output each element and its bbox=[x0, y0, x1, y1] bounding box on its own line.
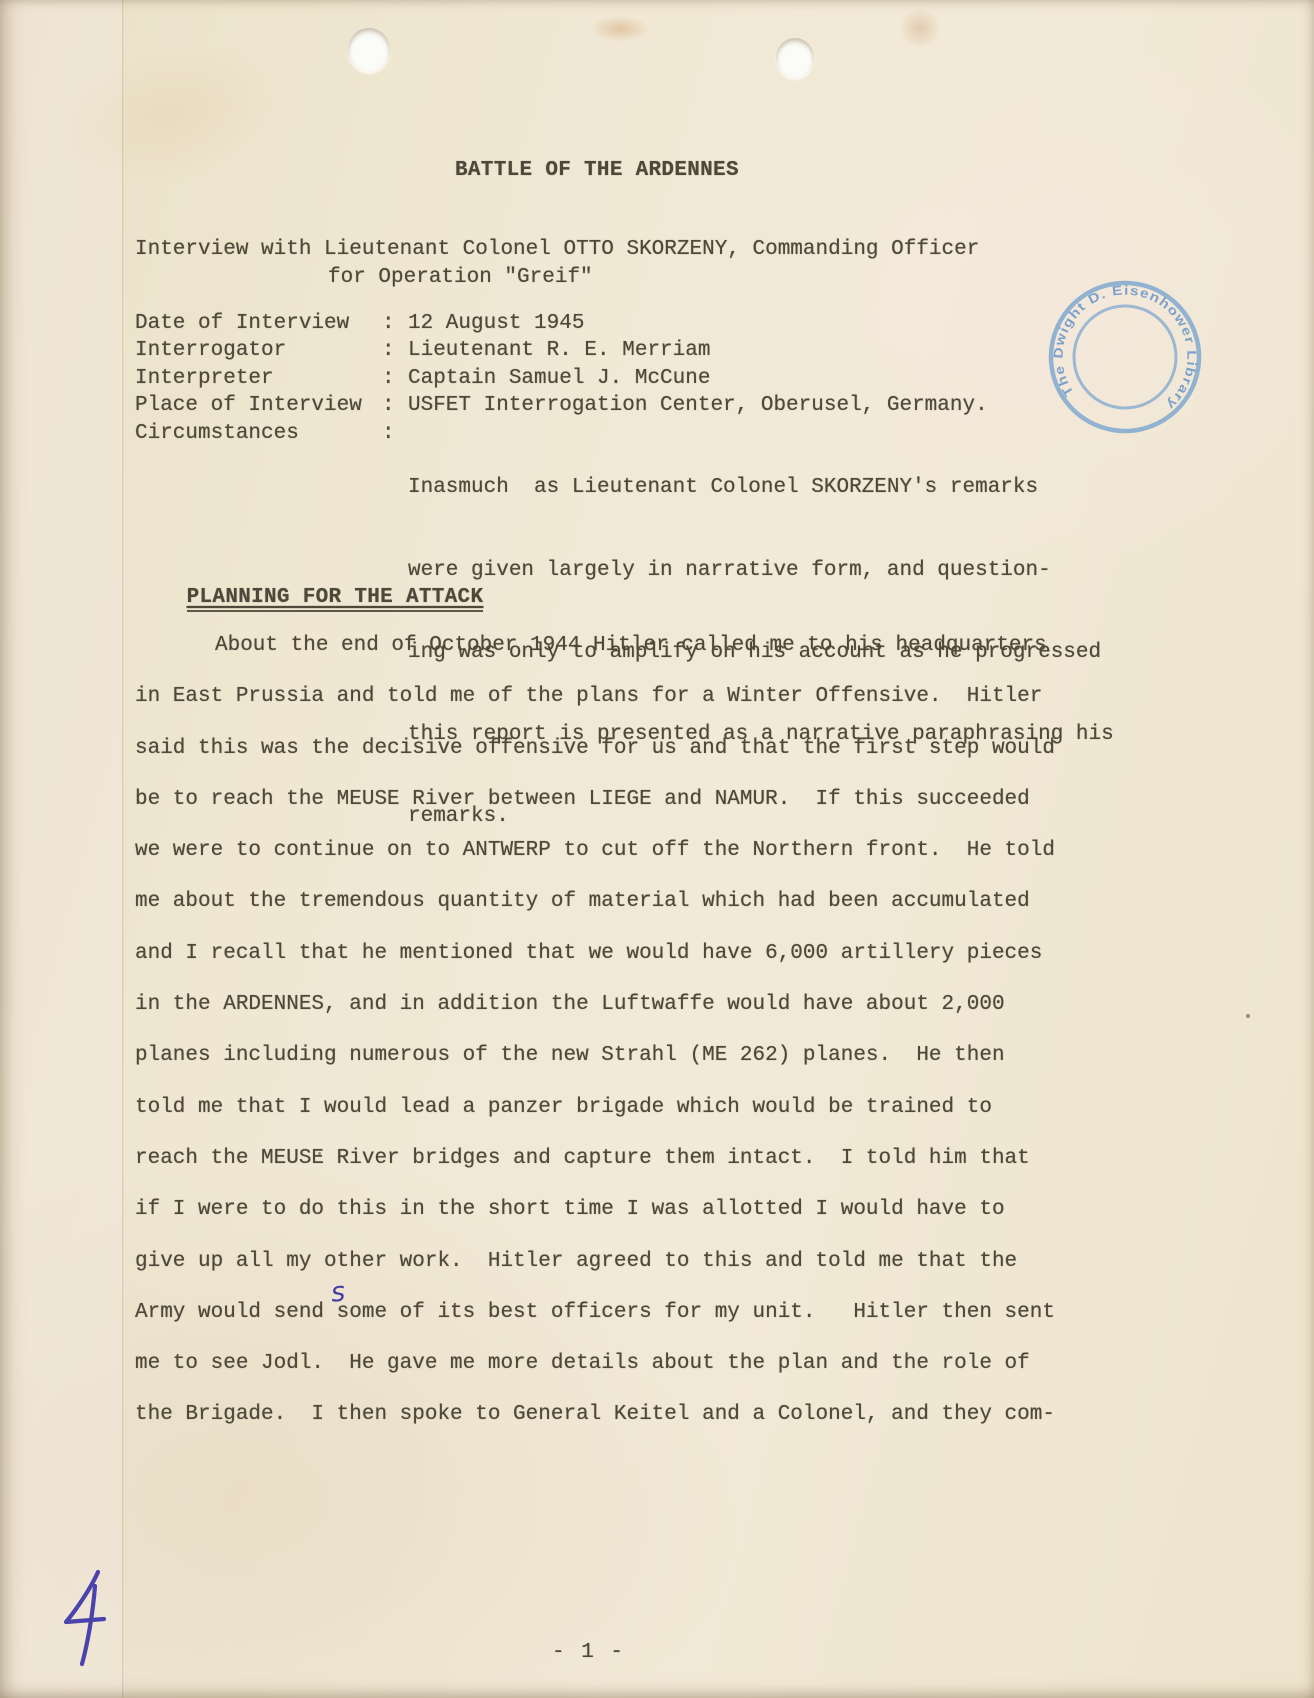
section-heading-text: PLANNING FOR THE ATTACK bbox=[187, 586, 484, 612]
meta-separator: : bbox=[382, 420, 408, 447]
paragraph-line: me about the tremendous quantity of mate… bbox=[135, 876, 1055, 927]
meta-label: Place of Interview bbox=[135, 392, 382, 419]
page-number: - 1 - bbox=[552, 1641, 625, 1664]
paper-stain bbox=[900, 8, 940, 48]
meta-row-place: Place of Interview : USFET Interrogation… bbox=[135, 392, 1114, 419]
meta-value: Captain Samuel J. McCune bbox=[408, 365, 710, 392]
svg-text:The Dwight D. Eisenhower Libra: The Dwight D. Eisenhower Library bbox=[1044, 273, 1209, 417]
meta-label: Interpreter bbox=[135, 365, 382, 392]
document-page: BATTLE OF THE ARDENNES Interview with Li… bbox=[0, 0, 1314, 1698]
meta-separator: : bbox=[382, 392, 408, 419]
meta-row-interpreter: Interpreter : Captain Samuel J. McCune bbox=[135, 365, 1114, 392]
document-subtitle: Interview with Lieutenant Colonel OTTO S… bbox=[135, 236, 979, 291]
meta-separator: : bbox=[382, 365, 408, 392]
circumstances-line: Inasmuch as Lieutenant Colonel SKORZENY'… bbox=[408, 474, 1114, 501]
page-edge-strip bbox=[0, 0, 122, 1698]
paper-stain bbox=[47, 24, 293, 207]
punch-hole bbox=[776, 38, 814, 78]
paragraph-line: and I recall that he mentioned that we w… bbox=[135, 928, 1055, 979]
meta-row-interrogator: Interrogator : Lieutenant R. E. Merriam bbox=[135, 337, 1114, 364]
document-title: BATTLE OF THE ARDENNES bbox=[455, 159, 739, 182]
meta-label: Interrogator bbox=[135, 337, 382, 364]
meta-value: 12 August 1945 bbox=[408, 310, 584, 337]
paragraph-line: planes including numerous of the new Str… bbox=[135, 1030, 1055, 1081]
paragraph-line: reach the MEUSE River bridges and captur… bbox=[135, 1133, 1055, 1184]
meta-label: Circumstances bbox=[135, 420, 382, 447]
paper-stain bbox=[590, 16, 650, 42]
circumstances-line: were given largely in narrative form, an… bbox=[408, 557, 1114, 584]
paragraph-line: be to reach the MEUSE River between LIEG… bbox=[135, 774, 1055, 825]
paragraph-line: we were to continue on to ANTWERP to cut… bbox=[135, 825, 1055, 876]
paragraph-line: me to see Jodl. He gave me more details … bbox=[135, 1338, 1055, 1389]
body-paragraph: About the end of October 1944 Hitler cal… bbox=[135, 620, 1055, 1441]
paragraph-line: give up all my other work. Hitler agreed… bbox=[135, 1236, 1055, 1287]
paragraph-line: in East Prussia and told me of the plans… bbox=[135, 671, 1055, 722]
ink-speck bbox=[1246, 1014, 1250, 1018]
paragraph-line: About the end of October 1944 Hitler cal… bbox=[135, 620, 1055, 671]
paragraph-line: the Brigade. I then spoke to General Kei… bbox=[135, 1389, 1055, 1440]
fold-crease bbox=[122, 0, 125, 1698]
paragraph-line: in the ARDENNES, and in addition the Luf… bbox=[135, 979, 1055, 1030]
meta-separator: : bbox=[382, 337, 408, 364]
paragraph-line: Army would send some of its best officer… bbox=[135, 1287, 1055, 1338]
meta-separator: : bbox=[382, 310, 408, 337]
meta-value: Lieutenant R. E. Merriam bbox=[408, 337, 710, 364]
meta-value: USFET Interrogation Center, Oberusel, Ge… bbox=[408, 392, 988, 419]
library-stamp-text: The Dwight D. Eisenhower Library bbox=[1044, 273, 1209, 417]
paragraph-line: if I were to do this in the short time I… bbox=[135, 1184, 1055, 1235]
subtitle-line-1: Interview with Lieutenant Colonel OTTO S… bbox=[135, 236, 979, 264]
library-stamp-icon: The Dwight D. Eisenhower Library bbox=[1029, 261, 1221, 453]
subtitle-line-2: for Operation "Greif" bbox=[135, 264, 979, 292]
handwritten-page-number bbox=[58, 1568, 118, 1668]
punch-hole bbox=[348, 28, 390, 72]
meta-label: Date of Interview bbox=[135, 310, 382, 337]
meta-row-date: Date of Interview : 12 August 1945 bbox=[135, 310, 1114, 337]
paragraph-line: said this was the decisive offensive for… bbox=[135, 723, 1055, 774]
paragraph-line: told me that I would lead a panzer briga… bbox=[135, 1082, 1055, 1133]
